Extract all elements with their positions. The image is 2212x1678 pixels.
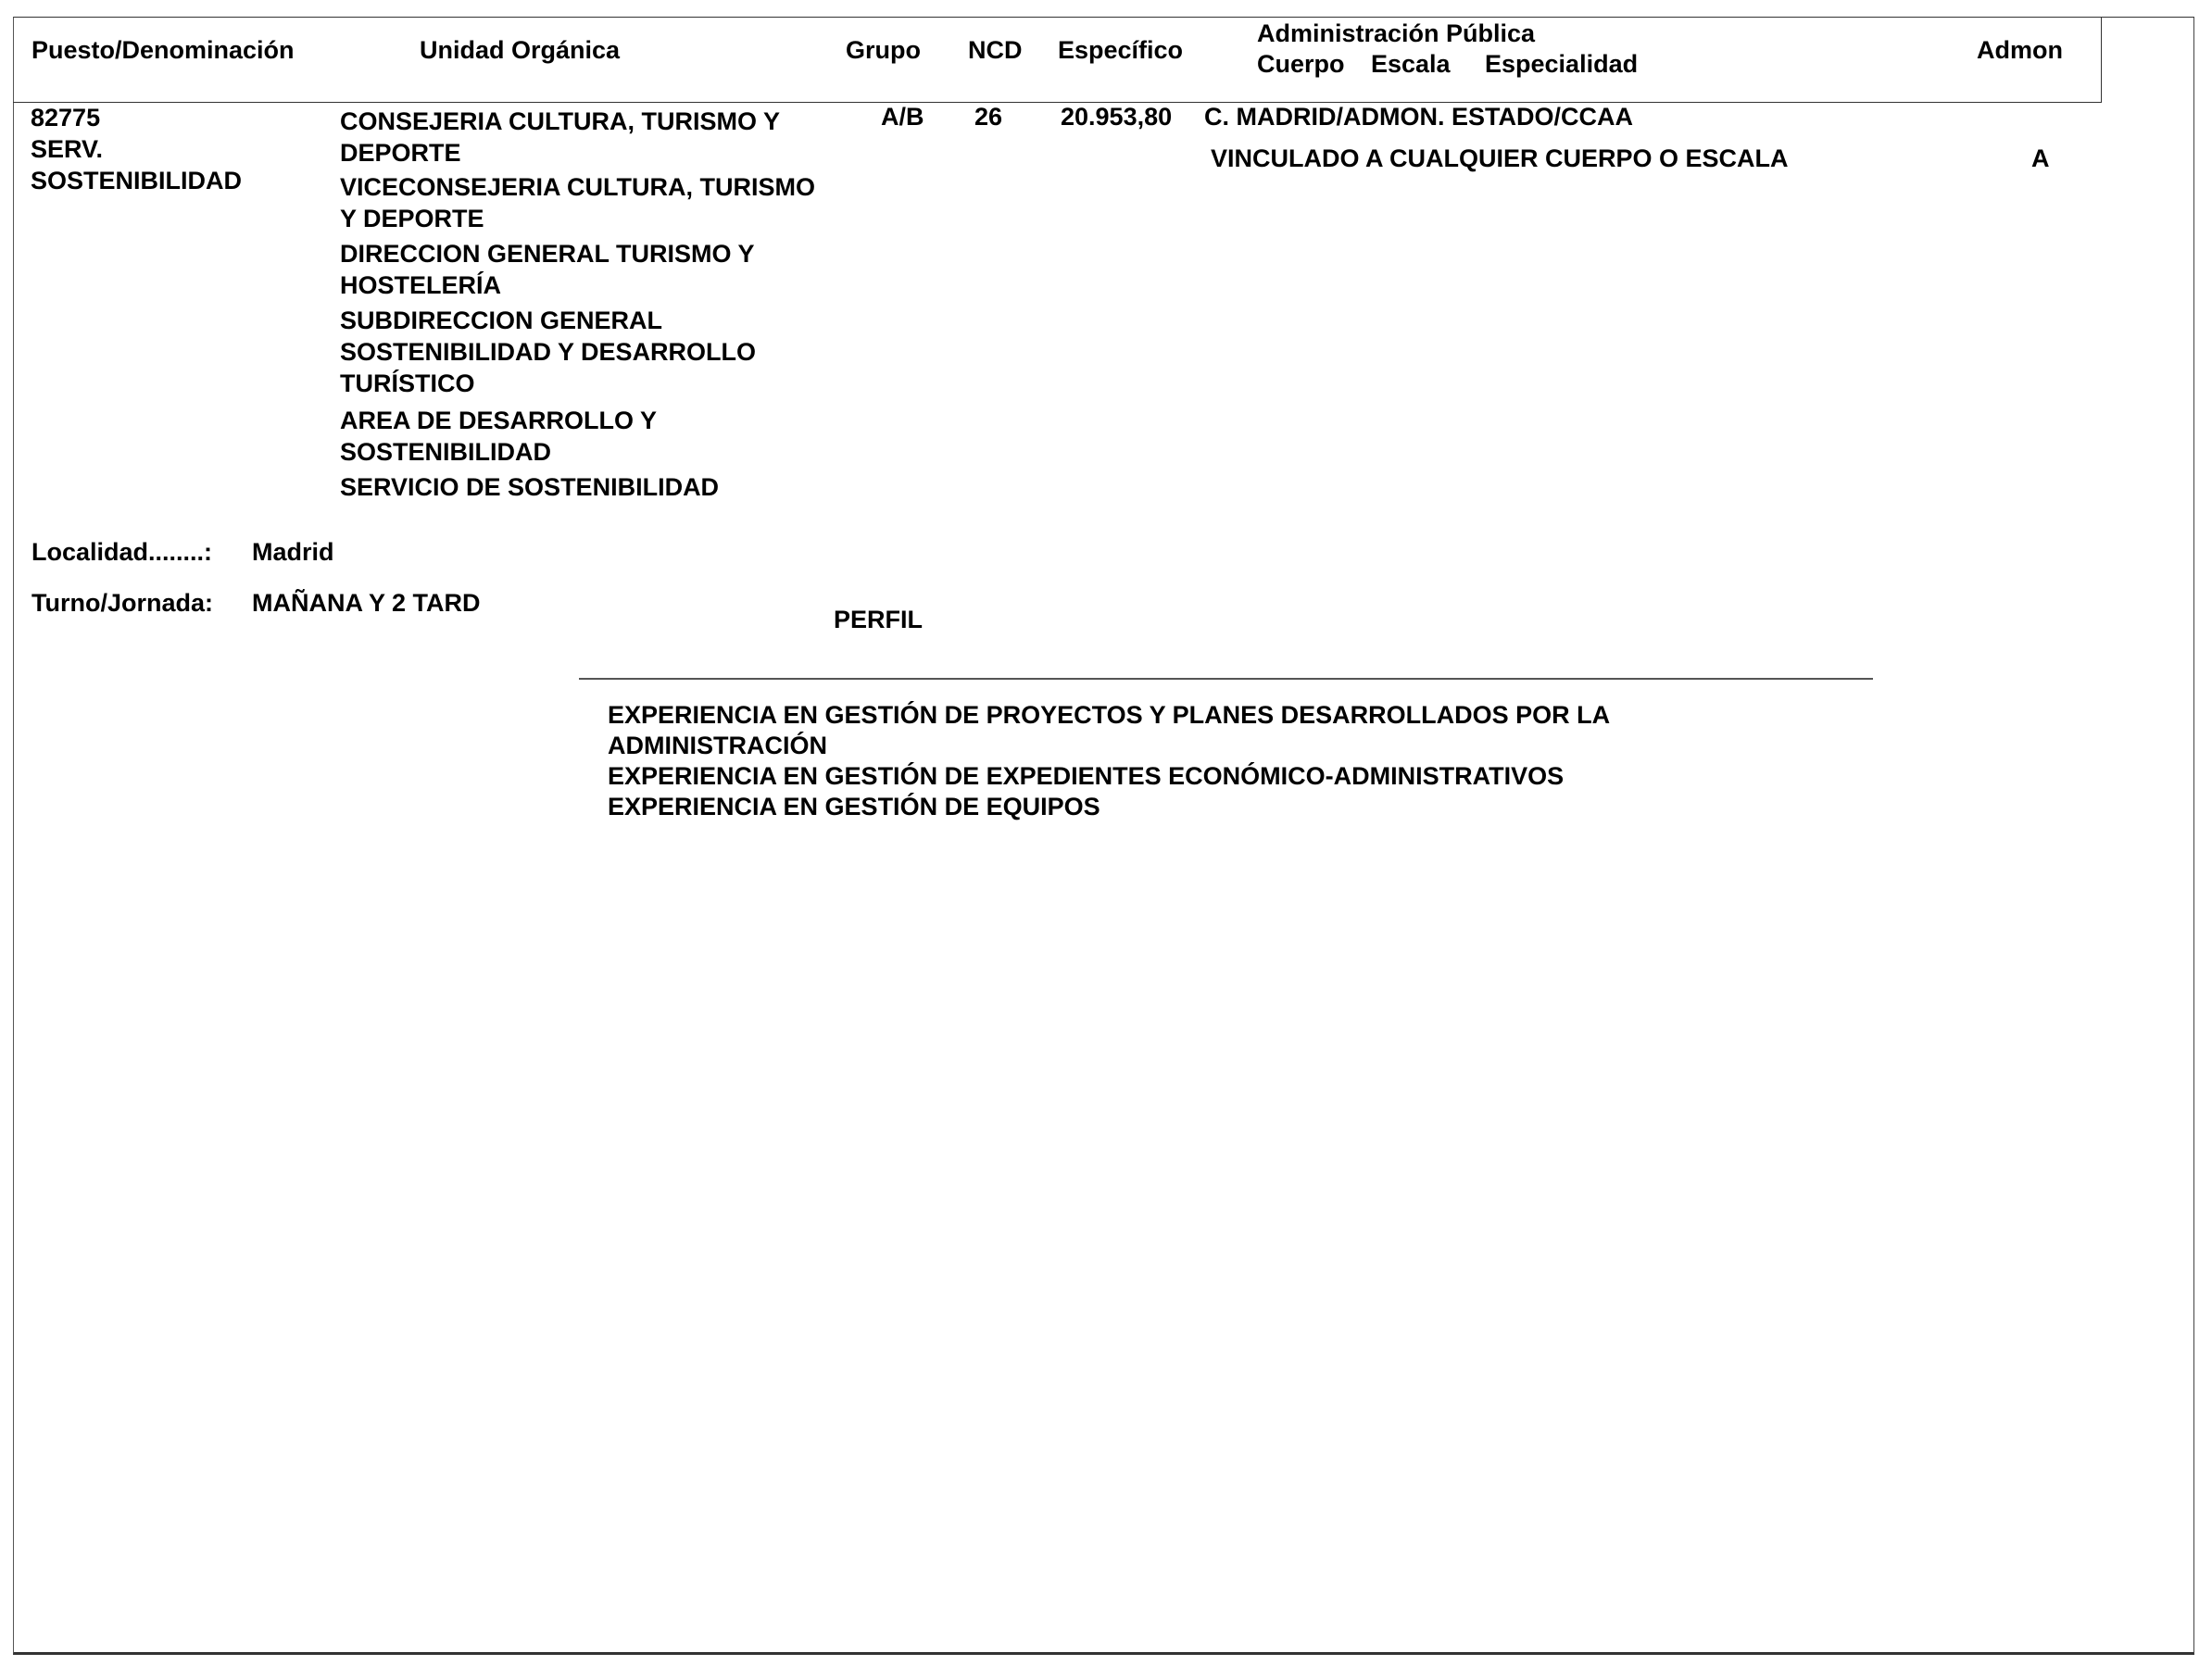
localidad-value: Madrid [252, 540, 334, 565]
unidad-line: SUBDIRECCION GENERAL [340, 308, 662, 333]
perfil-divider [579, 678, 1873, 680]
perfil-line: ADMINISTRACIÓN [608, 733, 827, 758]
perfil-line: EXPERIENCIA EN GESTIÓN DE PROYECTOS Y PL… [608, 703, 1610, 728]
unidad-line: AREA DE DESARROLLO Y [340, 408, 657, 433]
header-especialidad: Especialidad [1485, 52, 1638, 77]
header-especifico: Específico [1058, 38, 1183, 63]
admon-value: A [2031, 146, 2050, 171]
turno-value: MAÑANA Y 2 TARD [252, 591, 481, 616]
administracion-publica-value: C. MADRID/ADMON. ESTADO/CCAA [1204, 105, 1633, 130]
puesto-codigo: 82775 [31, 106, 100, 131]
unidad-line: SOSTENIBILIDAD Y DESARROLLO [340, 340, 756, 365]
header-puesto: Puesto/Denominación [31, 38, 295, 63]
perfil-line: EXPERIENCIA EN GESTIÓN DE EXPEDIENTES EC… [608, 764, 1564, 789]
unidad-line: CONSEJERIA CULTURA, TURISMO Y [340, 109, 780, 134]
unidad-line: SOSTENIBILIDAD [340, 440, 551, 465]
unidad-line: HOSTELERÍA [340, 273, 501, 298]
unidad-line: DIRECCION GENERAL TURISMO Y [340, 242, 755, 267]
header-unidad-organica: Unidad Orgánica [420, 38, 620, 63]
header-admon: Admon [1977, 38, 2063, 63]
puesto-denominacion-line: SERV. [31, 137, 103, 162]
unidad-line: VICECONSEJERIA CULTURA, TURISMO [340, 175, 815, 200]
unidad-line: Y DEPORTE [340, 207, 484, 232]
localidad-label: Localidad........: [31, 540, 212, 565]
unidad-line: TURÍSTICO [340, 371, 475, 396]
unidad-line: DEPORTE [340, 141, 461, 166]
perfil-title: PERFIL [834, 607, 923, 632]
puesto-denominacion-line: SOSTENIBILIDAD [31, 169, 242, 194]
header-escala: Escala [1371, 52, 1451, 77]
cuerpo-escala-value: VINCULADO A CUALQUIER CUERPO O ESCALA [1211, 146, 1789, 171]
grupo-value: A/B [881, 105, 924, 130]
header-administracion-publica: Administración Pública [1257, 21, 1535, 46]
turno-label: Turno/Jornada: [31, 591, 213, 616]
ncd-value: 26 [974, 105, 1002, 130]
header-grupo: Grupo [846, 38, 921, 63]
especifico-value: 20.953,80 [1061, 105, 1172, 130]
header-cuerpo: Cuerpo [1257, 52, 1345, 77]
unidad-line: SERVICIO DE SOSTENIBILIDAD [340, 475, 719, 500]
header-ncd: NCD [968, 38, 1023, 63]
perfil-line: EXPERIENCIA EN GESTIÓN DE EQUIPOS [608, 795, 1100, 820]
